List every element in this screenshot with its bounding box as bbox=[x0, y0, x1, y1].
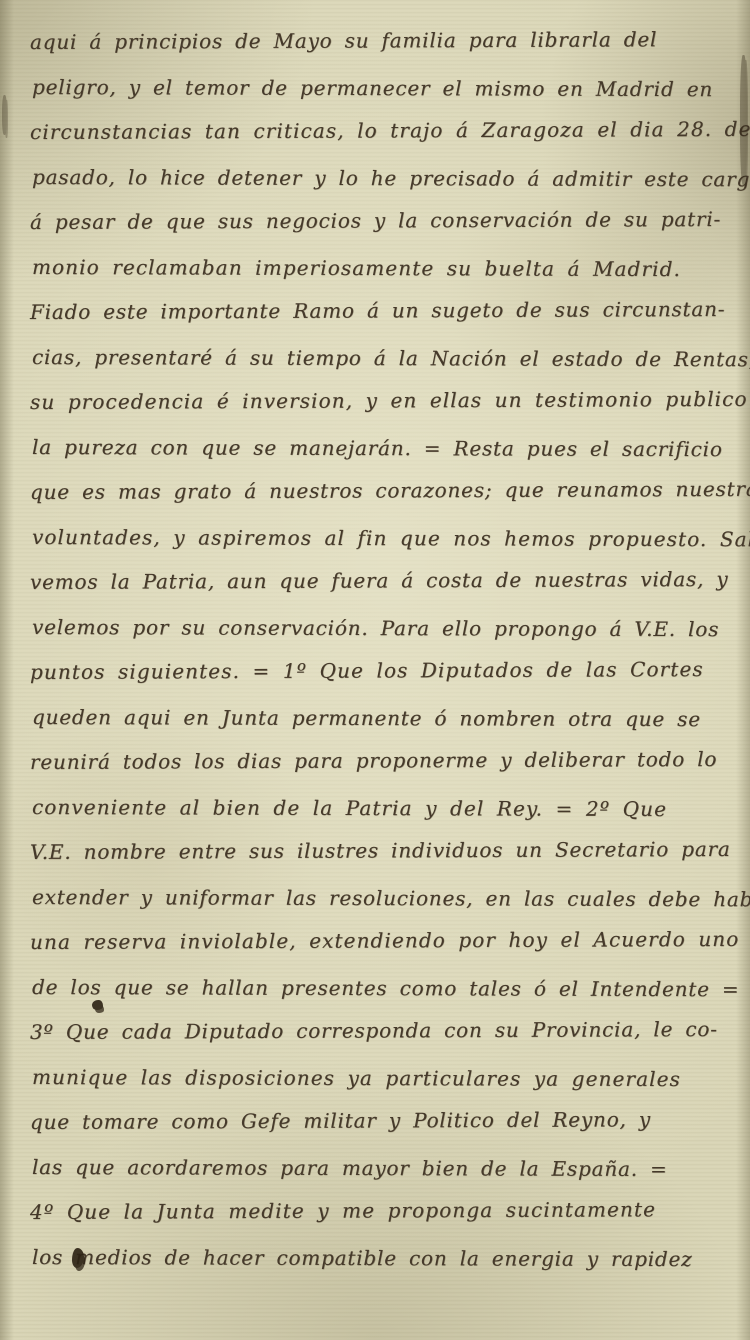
manuscript-line: aqui á principios de Mayo su familia par… bbox=[30, 17, 736, 65]
manuscript-line: conveniente al bien de la Patria y del R… bbox=[32, 785, 738, 832]
manuscript-line: que tomare como Gefe militar y Politico … bbox=[30, 1097, 736, 1145]
edge-ink-mark bbox=[740, 55, 747, 185]
manuscript-line: extender y uniformar las resoluciones, e… bbox=[32, 875, 738, 922]
manuscript-line: una reserva inviolable, extendiendo por … bbox=[30, 917, 736, 965]
manuscript-line: á pesar de que sus negocios y la conserv… bbox=[30, 197, 736, 245]
edge-ink-mark bbox=[2, 95, 7, 135]
manuscript-text-block: aqui á principios de Mayo su familia par… bbox=[30, 20, 736, 1280]
manuscript-line: V.E. nombre entre sus ilustres individuo… bbox=[30, 827, 736, 875]
manuscript-line: queden aqui en Junta permanente ó nombre… bbox=[32, 695, 738, 742]
manuscript-line: cias, presentaré á su tiempo á la Nación… bbox=[32, 335, 738, 382]
manuscript-line: munique las disposiciones ya particulare… bbox=[32, 1055, 738, 1102]
manuscript-line: las que acordaremos para mayor bien de l… bbox=[32, 1145, 738, 1192]
manuscript-line: los medios de hacer compatible con la en… bbox=[32, 1235, 738, 1282]
page-edge-shadow-right bbox=[736, 0, 750, 1340]
manuscript-line: puntos siguientes. = 1º Que los Diputado… bbox=[30, 647, 736, 695]
manuscript-line: su procedencia é inversion, y en ellas u… bbox=[30, 377, 736, 425]
manuscript-line: vemos la Patria, aun que fuera á costa d… bbox=[30, 557, 736, 605]
manuscript-line: pasado, lo hice detener y lo he precisad… bbox=[32, 155, 738, 202]
manuscript-line: que es mas grato á nuestros corazones; q… bbox=[30, 467, 736, 515]
manuscript-line: velemos por su conservación. Para ello p… bbox=[32, 605, 738, 652]
manuscript-line: reunirá todos los dias para proponerme y… bbox=[30, 737, 736, 785]
manuscript-line: 4º Que la Junta medite y me proponga suc… bbox=[30, 1187, 736, 1235]
manuscript-line: la pureza con que se manejarán. = Resta … bbox=[32, 425, 738, 472]
ink-blot bbox=[92, 1000, 103, 1010]
manuscript-line: circunstancias tan criticas, lo trajo á … bbox=[30, 107, 736, 155]
manuscript-line: peligro, y el temor de permanecer el mis… bbox=[32, 65, 738, 112]
manuscript-line: voluntades, y aspiremos al fin que nos h… bbox=[32, 515, 738, 562]
manuscript-line: monio reclamaban imperiosamente su buelt… bbox=[32, 245, 738, 292]
page-edge-shadow-left bbox=[0, 0, 14, 1340]
manuscript-page: aqui á principios de Mayo su familia par… bbox=[0, 0, 750, 1340]
manuscript-line: 3º Que cada Diputado corresponda con su … bbox=[30, 1007, 736, 1055]
manuscript-line: Fiado este importante Ramo á un sugeto d… bbox=[30, 287, 736, 335]
manuscript-line: de los que se hallan presentes como tale… bbox=[32, 965, 738, 1012]
